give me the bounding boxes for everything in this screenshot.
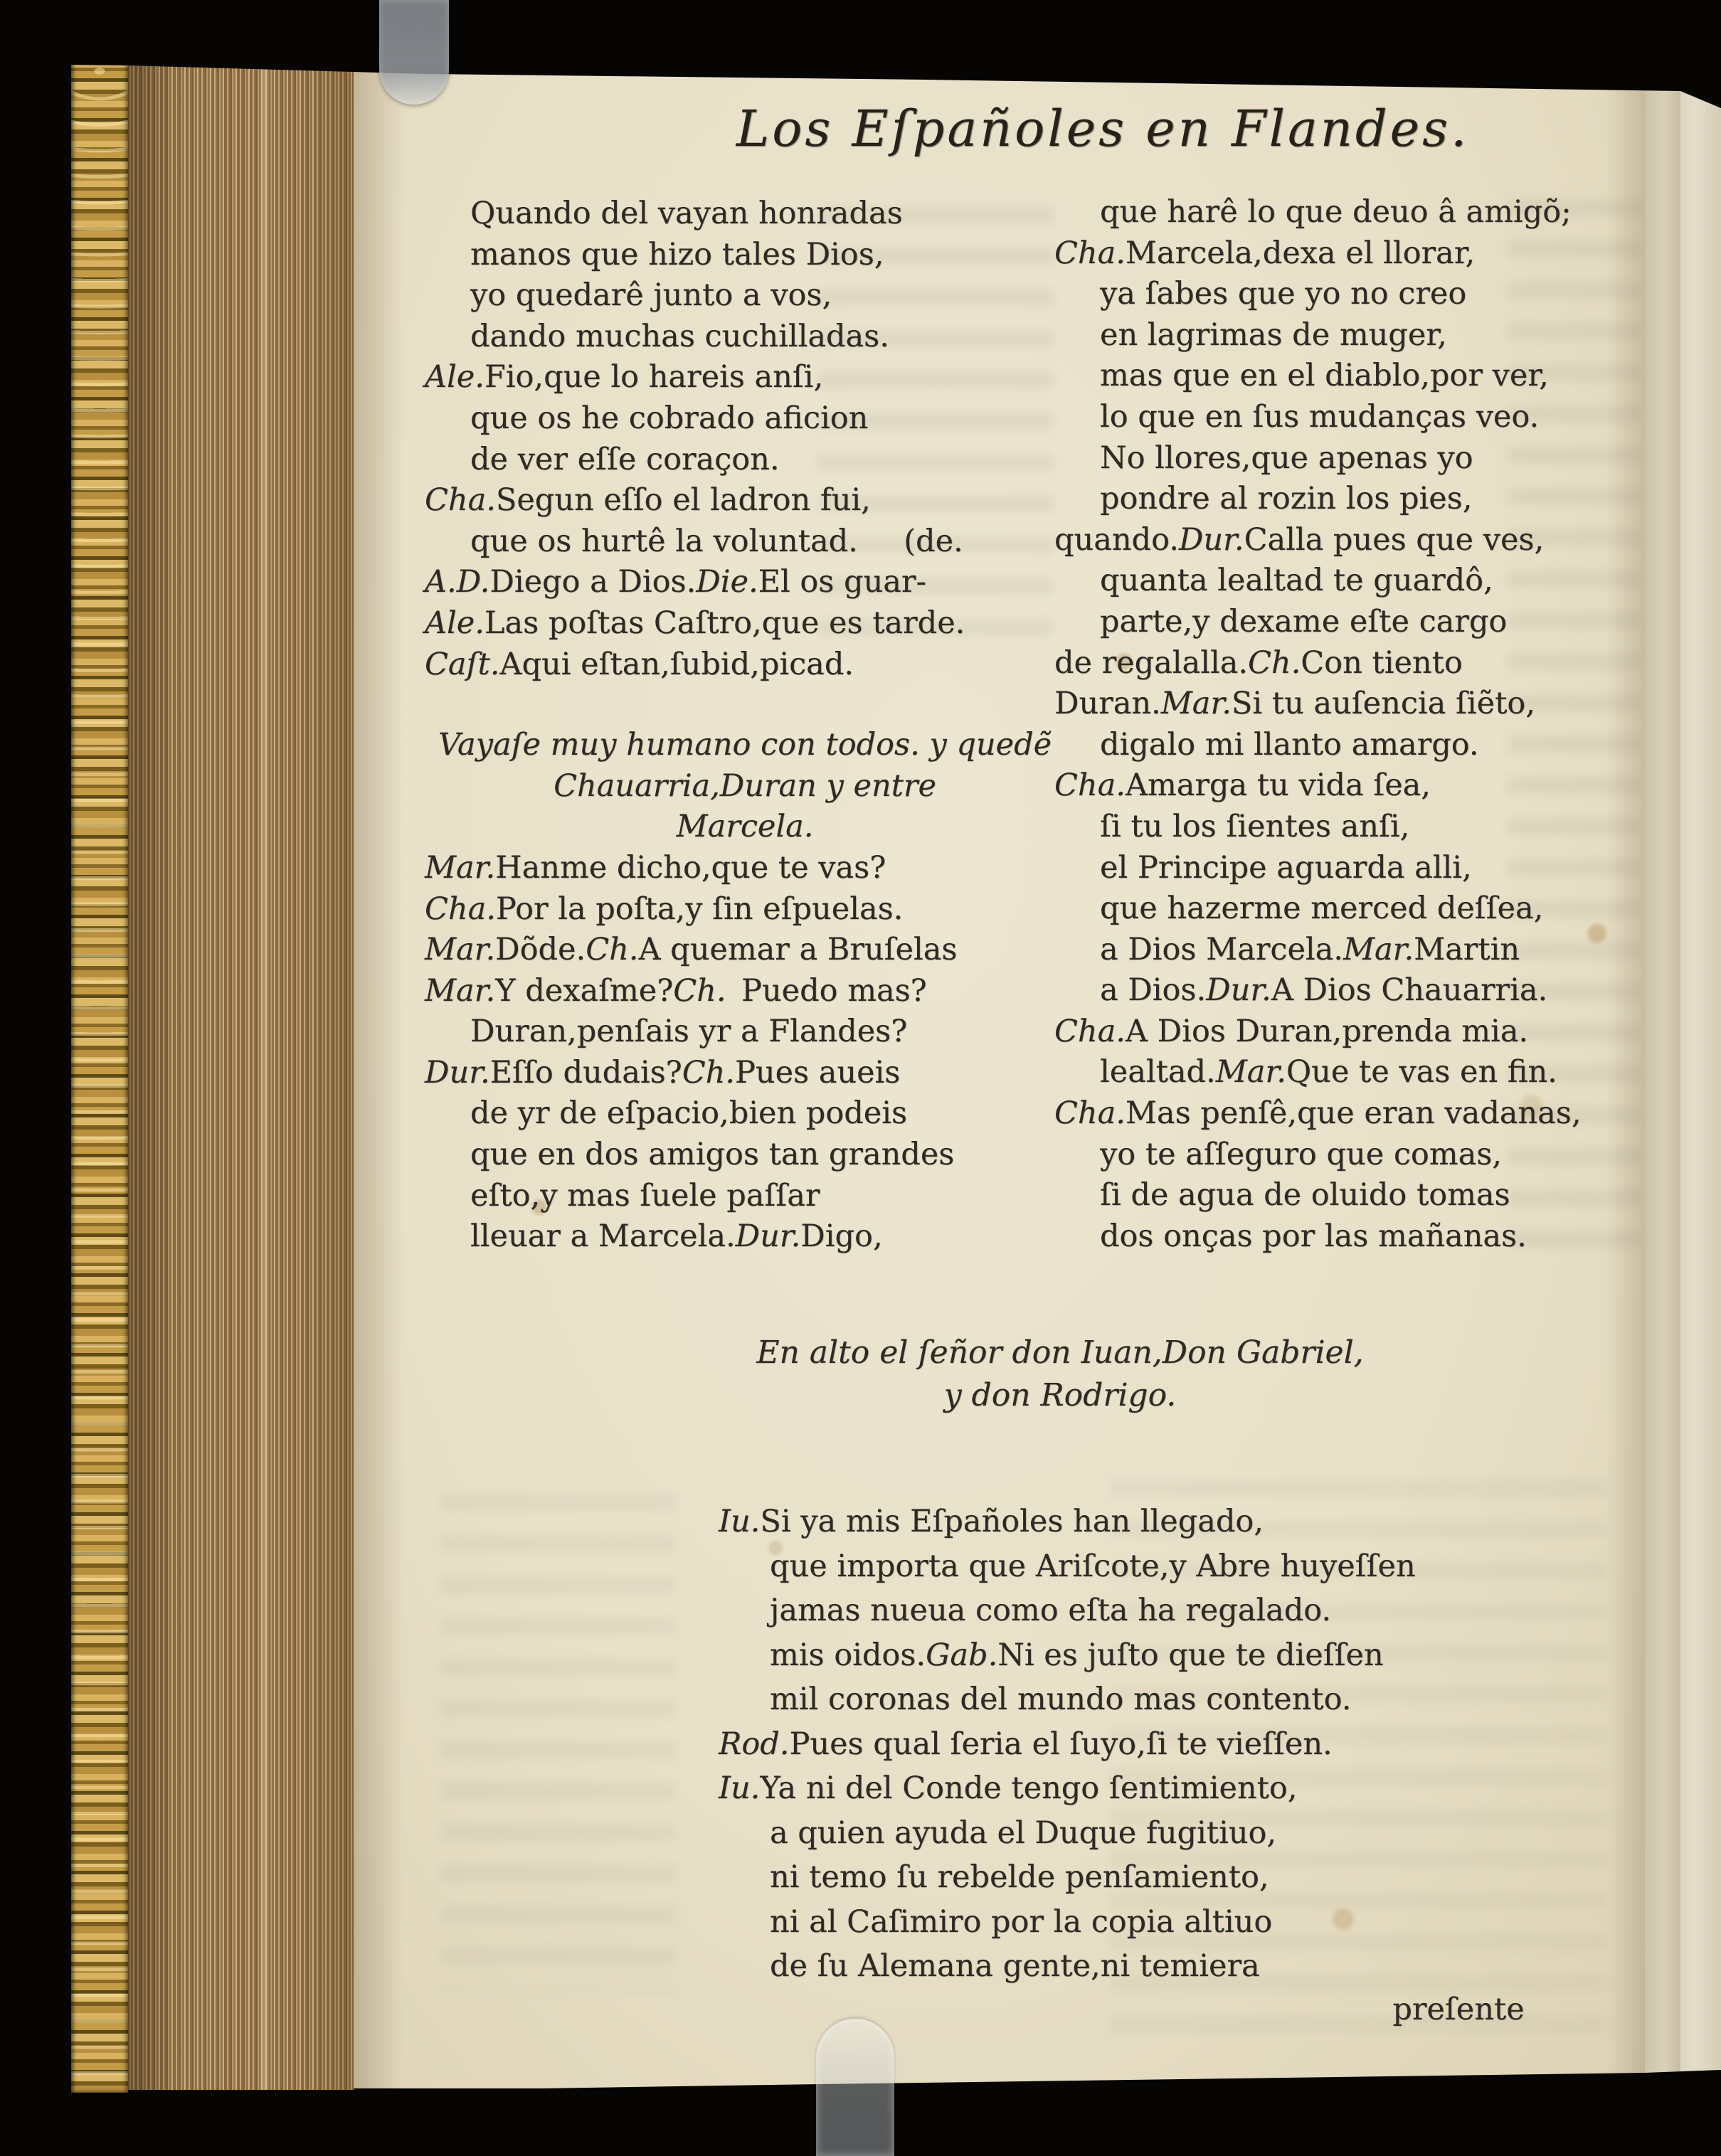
verse-line: de yr de eſpacio,bien podeis bbox=[425, 1093, 1065, 1135]
verse-line: Mar.Y dexaſme?Ch. Puedo mas? bbox=[425, 971, 1065, 1012]
verse-line: Duran,penſais yr a Flandes? bbox=[425, 1011, 1065, 1053]
verse-line: No llores,que apenas yo bbox=[1054, 438, 1656, 479]
verse-line: jamas nueua como eſta ha regalado. bbox=[719, 1588, 1700, 1633]
verse-line: a Dios.Dur.A Dios Chauarria. bbox=[1054, 970, 1656, 1011]
verse-line: ya ſabes que yo no creo bbox=[1054, 274, 1656, 315]
verse-line: yo quedarê junto a vos, bbox=[425, 275, 1065, 317]
verse-line: Ale.Las poſtas Caſtro,que es tarde. bbox=[425, 603, 1065, 644]
verse-line: ſi de agua de oluido tomas bbox=[1054, 1175, 1656, 1216]
verse-line: de ver eſſe coraçon. bbox=[425, 440, 1065, 481]
verse-line: digalo mi llanto amargo. bbox=[1054, 725, 1656, 766]
verse-line: mil coronas del mundo mas contento. bbox=[719, 1677, 1700, 1722]
catchword: preſente bbox=[1373, 1992, 1544, 2027]
verse-line: Caſt.Aqui eſtan,ſubid,picad. bbox=[425, 644, 1065, 686]
verse-line: dando muchas cuchilladas. bbox=[425, 317, 1065, 358]
gilt-fore-edge bbox=[71, 61, 128, 2093]
verse-line: mas que en el diablo,por ver, bbox=[1054, 356, 1656, 397]
verse-line: Cha.Mas penſê,que eran vadanas, bbox=[1054, 1093, 1656, 1135]
verse-line: Quando del vayan honradas bbox=[425, 193, 1065, 235]
stage-direction-center: En alto el ſeñor don Iuan,Don Gabriel, y… bbox=[398, 1332, 1721, 1417]
verse-line: que importa que Ariſcote,y Abre huyeſſen bbox=[719, 1544, 1700, 1589]
verse-line: lleuar a Marcela.Dur.Digo, bbox=[425, 1216, 1065, 1258]
stage-direction-line: En alto el ſeñor don Iuan,Don Gabriel, bbox=[398, 1332, 1721, 1374]
verse-line: Mar.Hanme dicho,que te vas? bbox=[425, 848, 1065, 889]
verse-line: que hazerme merced deſſea, bbox=[1054, 888, 1656, 930]
verse-line: Dur.Eſſo dudais?Ch.Pues aueis bbox=[425, 1053, 1065, 1094]
verse-line: que en dos amigos tan grandes bbox=[425, 1135, 1065, 1176]
verse-line: Cha.Marcela,dexa el llorar, bbox=[1054, 233, 1656, 275]
verse-line: de regalalla.Ch.Con tiento bbox=[1054, 643, 1656, 684]
verse-line: yo te aſſeguro que comas, bbox=[1054, 1135, 1656, 1176]
verse-line: lo que en ſus mudanças veo. bbox=[1054, 397, 1656, 438]
verse-line: lealtad.Mar.Que te vas en fin. bbox=[1054, 1052, 1656, 1093]
stage-direction-line: Marcela. bbox=[425, 807, 1065, 848]
verse-line: quanta lealtad te guardô, bbox=[1054, 561, 1656, 602]
verse-line: de ſu Alemana gente,ni temiera bbox=[719, 1944, 1700, 1989]
verse-line: A.D.Diego a Dios.Die.El os guar- bbox=[425, 562, 1065, 603]
verse-line: manos que hizo tales Dios, bbox=[425, 235, 1065, 276]
verse-line: Duran.Mar.Si tu auſencia ſiẽto, bbox=[1054, 684, 1656, 725]
verse-line: a Dios Marcela.Mar.Martin bbox=[1054, 930, 1656, 971]
book-scan: Los Eſpañoles en Flandes. Quando del vay… bbox=[0, 0, 1721, 2156]
verse-line: ſi tu los ſientes anſi, bbox=[1054, 807, 1656, 848]
verse-line: a quien ayuda el Duque fugitiuo, bbox=[719, 1811, 1700, 1856]
fanned-page-edges bbox=[128, 65, 354, 2090]
verse-line: en lagrimas de muger, bbox=[1054, 315, 1656, 356]
verse-line: Cha.Por la poſta,y ſin eſpuelas. bbox=[425, 889, 1065, 930]
verse-line: Cha.A Dios Duran,prenda mia. bbox=[1054, 1011, 1656, 1053]
verse-line: Cha.Segun eſſo el ladron fui, bbox=[425, 480, 1065, 521]
verse-line: Mar.Dõde.Ch.A quemar a Bruſelas bbox=[425, 930, 1065, 971]
verse-column-right: que harê lo que deuo â amigõ;Cha.Marcela… bbox=[1054, 192, 1656, 1257]
verse-column-left: Quando del vayan honradasmanos que hizo … bbox=[425, 193, 1065, 1258]
stage-direction-line: Chauarria,Duran y entre bbox=[425, 766, 1065, 807]
verse-line: quando.Dur.Calla pues que ves, bbox=[1054, 520, 1656, 561]
verse-line: dos onças por las mañanas. bbox=[1054, 1216, 1656, 1258]
verse-line: Iu.Si ya mis Eſpañoles han llegado, bbox=[719, 1499, 1700, 1544]
verse-line: parte,y dexame eſte cargo bbox=[1054, 602, 1656, 643]
stage-direction-line: Vayaſe muy humano con todos. y quedẽ bbox=[425, 725, 1065, 766]
verse-line: Iu.Ya ni del Conde tengo ſentimiento, bbox=[719, 1766, 1700, 1811]
verse-line: mis oidos.Gab.Ni es juſto que te dieſſen bbox=[719, 1633, 1700, 1678]
verse-line: que os he cobrado aficion bbox=[425, 398, 1065, 440]
verse-line: Rod.Pues qual ſeria el ſuyo,ſi te vieſſe… bbox=[719, 1722, 1700, 1767]
verse-line: que harê lo que deuo â amigõ; bbox=[1054, 192, 1656, 233]
verse-line: pondre al rozin los pies, bbox=[1054, 479, 1656, 520]
verse-line: Cha.Amarga tu vida ſea, bbox=[1054, 765, 1656, 807]
verse-line: eſto,y mas ſuele paſſar bbox=[425, 1176, 1065, 1217]
verse-block-bottom: Iu.Si ya mis Eſpañoles han llegado,que i… bbox=[719, 1499, 1700, 1989]
page-title: Los Eſpañoles en Flandes. bbox=[498, 100, 1707, 158]
verse-line: el Principe aguarda alli, bbox=[1054, 848, 1656, 889]
verse-line: ni temo ſu rebelde penſamiento, bbox=[719, 1855, 1700, 1900]
stage-direction-line: y don Rodrigo. bbox=[398, 1374, 1721, 1417]
verse-line: que os hurtê la voluntad. (de. bbox=[425, 521, 1065, 563]
verse-line: ni al Caſimiro por la copia altiuo bbox=[719, 1900, 1700, 1945]
verse-line: Ale.Fio,que lo hareis anſi, bbox=[425, 357, 1065, 398]
